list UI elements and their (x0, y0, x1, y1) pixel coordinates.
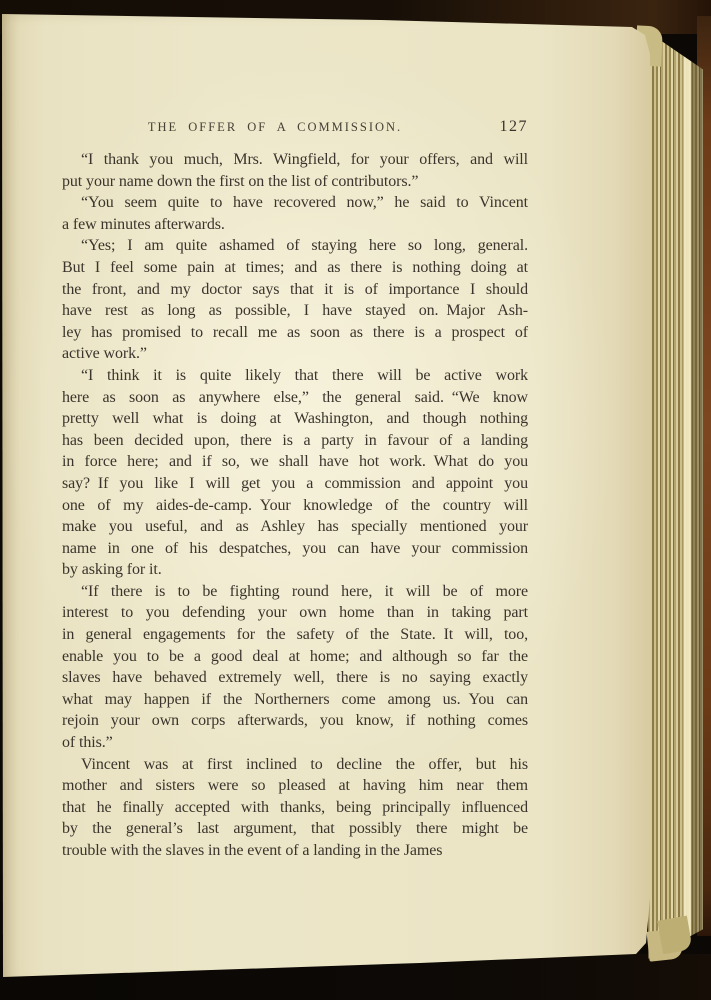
text-line: what may happen if the Northerners come … (62, 689, 528, 711)
text-line: a few minutes afterwards. (62, 214, 528, 236)
text-line: active work.” (62, 343, 528, 365)
text-line: has been decided upon, there is a party … (62, 430, 528, 452)
stacked-page-corner (657, 916, 692, 955)
text-block: “I thank you much, Mrs. Wingfield, for y… (62, 149, 528, 862)
text-line: one of my aides-de-camp. Your knowledge … (62, 495, 528, 517)
text-line: Vincent was at first inclined to decline… (62, 754, 528, 776)
book-photo: THE OFFER OF A COMMISSION. 127 “I thank … (0, 0, 711, 1000)
text-line: enable you to be a good deal at home; an… (62, 646, 528, 668)
text-line: “I thank you much, Mrs. Wingfield, for y… (62, 149, 528, 171)
text-line: rejoin your own corps afterwards, you kn… (62, 710, 528, 732)
text-line: of this.” (62, 732, 528, 754)
running-head-title: THE OFFER OF A COMMISSION. (62, 120, 488, 135)
text-line: interest to you defending your own home … (62, 602, 528, 624)
text-line: that he finally accepted with thanks, be… (62, 797, 528, 819)
text-line: slaves have behaved extremely well, ther… (62, 667, 528, 689)
text-line: the front, and my doctor says that it is… (62, 279, 528, 301)
text-line: by asking for it. (62, 559, 528, 581)
text-line: ley has promised to recall me as soon as… (62, 322, 528, 344)
page-number: 127 (500, 118, 529, 136)
text-line: by the general’s last argument, that pos… (62, 818, 528, 840)
text-line: “You seem quite to have recovered now,” … (62, 192, 528, 214)
text-line: But I feel some pain at times; and as th… (62, 257, 528, 279)
text-line: mother and sisters were so pleased at ha… (62, 775, 528, 797)
page-header: THE OFFER OF A COMMISSION. 127 (62, 118, 528, 138)
text-line: trouble with the slaves in the event of … (62, 840, 528, 862)
text-line: have rest as long as possible, I have st… (62, 300, 528, 322)
text-line: pretty well what is doing at Washington,… (62, 408, 528, 430)
text-line: in force here; and if so, we shall have … (62, 451, 528, 473)
book-page: THE OFFER OF A COMMISSION. 127 “I thank … (0, 0, 711, 1000)
text-line: name in one of his despatches, you can h… (62, 538, 528, 560)
text-line: here as soon as anywhere else,” the gene… (62, 387, 528, 409)
text-line: “Yes; I am quite ashamed of staying here… (62, 235, 528, 257)
text-line: in general engagements for the safety of… (62, 624, 528, 646)
text-line: “If there is to be fighting round here, … (62, 581, 528, 603)
text-line: say? If you like I will get you a commis… (62, 473, 528, 495)
text-line: make you useful, and as Ashley has speci… (62, 516, 528, 538)
text-line: put your name down the first on the list… (62, 171, 528, 193)
text-line: “I think it is quite likely that there w… (62, 365, 528, 387)
